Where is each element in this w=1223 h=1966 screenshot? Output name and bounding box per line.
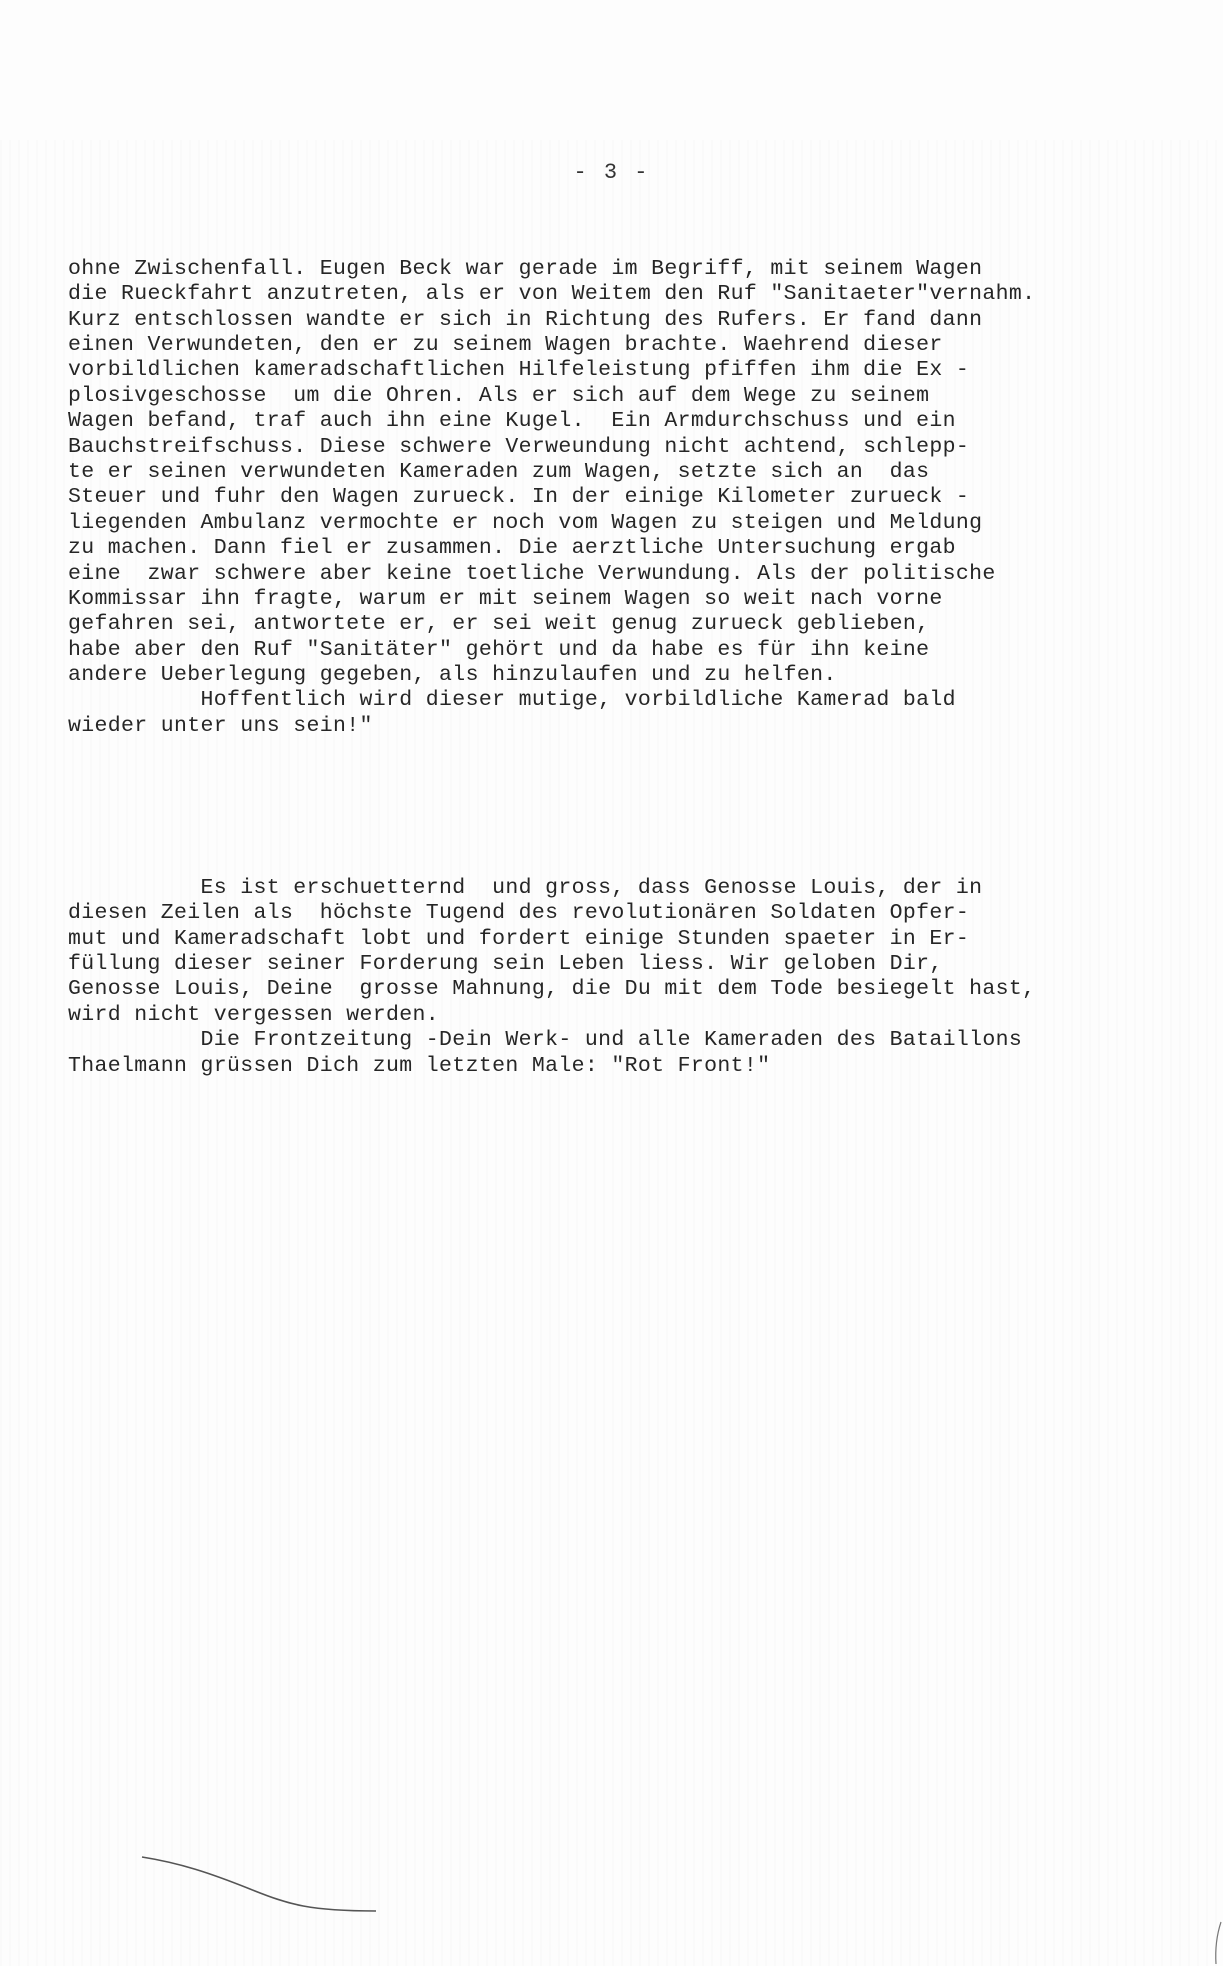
- text-line: Es ist erschuetternd und gross, dass Gen…: [68, 876, 1188, 901]
- paragraph-gap: [68, 790, 1188, 825]
- pencil-stroke-mark: [140, 1853, 380, 1913]
- text-line: andere Ueberlegung gegeben, als hinzulau…: [68, 663, 1188, 688]
- text-line: mut und Kameradschaft lobt und fordert e…: [68, 927, 1188, 952]
- text-line: die Rueckfahrt anzutreten, als er von We…: [68, 282, 1188, 307]
- page-number: - 3 -: [0, 160, 1223, 185]
- text-line: te er seinen verwundeten Kameraden zum W…: [68, 460, 1188, 485]
- document-page: - 3 - ohne Zwischenfall. Eugen Beck war …: [0, 0, 1223, 1966]
- text-line: zu machen. Dann fiel er zusammen. Die ae…: [68, 536, 1188, 561]
- text-line: wird nicht vergessen werden.: [68, 1003, 1188, 1028]
- paragraph-1: ohne Zwischenfall. Eugen Beck war gerade…: [68, 257, 1188, 739]
- text-line: liegenden Ambulanz vermochte er noch vom…: [68, 511, 1188, 536]
- paragraph-2: Es ist erschuetternd und gross, dass Gen…: [68, 876, 1188, 1079]
- text-line: Hoffentlich wird dieser mutige, vorbildl…: [68, 688, 1188, 713]
- edge-scribble-mark: [1213, 1920, 1223, 1966]
- text-line: Genosse Louis, Deine grosse Mahnung, die…: [68, 977, 1188, 1002]
- text-line: wieder unter uns sein!": [68, 714, 1188, 739]
- typewritten-text: ohne Zwischenfall. Eugen Beck war gerade…: [68, 206, 1188, 1130]
- text-line: Steuer und fuhr den Wagen zurueck. In de…: [68, 485, 1188, 510]
- text-line: Wagen befand, traf auch ihn eine Kugel. …: [68, 409, 1188, 434]
- text-line: Kommissar ihn fragte, warum er mit seine…: [68, 587, 1188, 612]
- text-line: vorbildlichen kameradschaftlichen Hilfel…: [68, 358, 1188, 383]
- text-line: Bauchstreifschuss. Diese schwere Verweun…: [68, 435, 1188, 460]
- text-line: plosivgeschosse um die Ohren. Als er sic…: [68, 384, 1188, 409]
- text-line: füllung dieser seiner Forderung sein Leb…: [68, 952, 1188, 977]
- text-line: diesen Zeilen als höchste Tugend des rev…: [68, 901, 1188, 926]
- text-line: eine zwar schwere aber keine toetliche V…: [68, 562, 1188, 587]
- text-line: Die Frontzeitung -Dein Werk- und alle Ka…: [68, 1028, 1188, 1053]
- text-line: Kurz entschlossen wandte er sich in Rich…: [68, 308, 1188, 333]
- text-line: ohne Zwischenfall. Eugen Beck war gerade…: [68, 257, 1188, 282]
- text-line: habe aber den Ruf "Sanitäter" gehört und…: [68, 638, 1188, 663]
- text-line: einen Verwundeten, den er zu seinem Wage…: [68, 333, 1188, 358]
- text-line: Thaelmann grüssen Dich zum letzten Male:…: [68, 1054, 1188, 1079]
- text-line: gefahren sei, antwortete er, er sei weit…: [68, 612, 1188, 637]
